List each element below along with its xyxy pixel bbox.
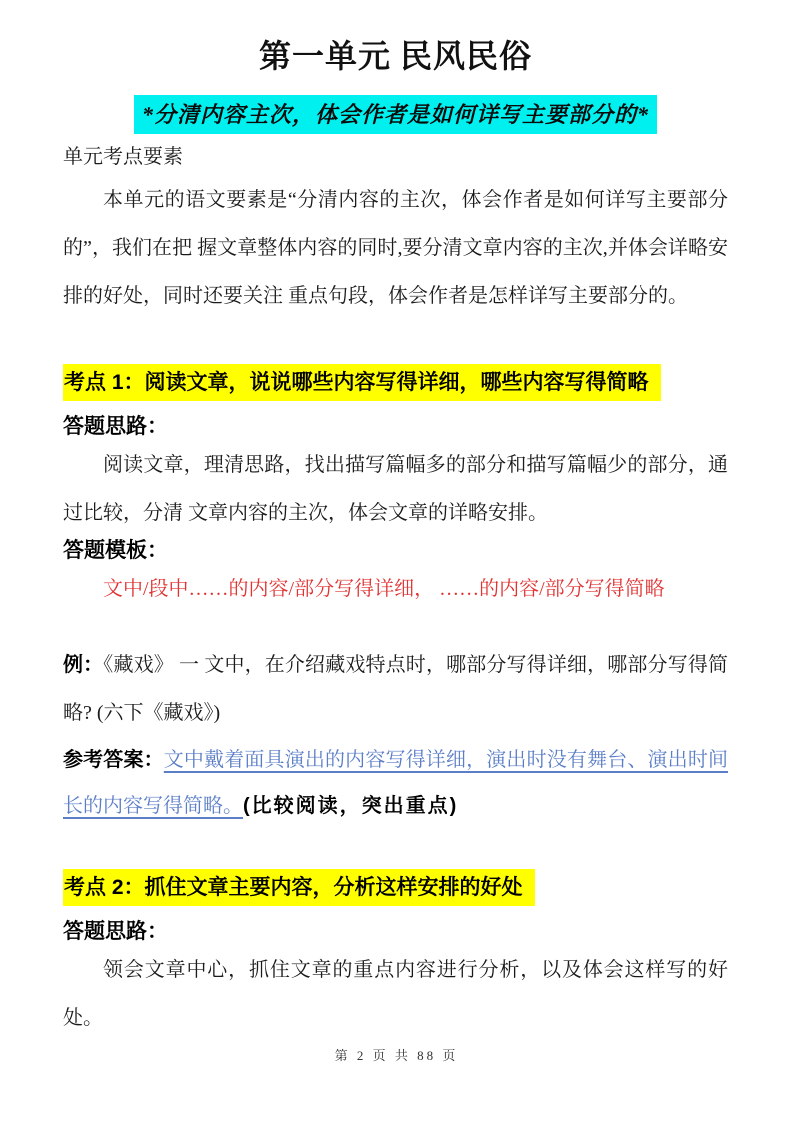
page-title: 第一单元 民风民俗 [63,36,728,76]
page-number-footer: 第 2 页 共 88 页 [0,1045,793,1064]
example-paragraph: 例：《藏戏》 一 文中，在介绍藏戏特点时，哪部分写得详细，哪部分写得简略? (六… [63,641,728,737]
kaodian1-heading-row: 考点 1：阅读文章，说说哪些内容写得详细，哪些内容写得简略 [63,364,728,401]
kaodian1-template-label: 答题模板： [63,537,728,565]
intro-paragraph: 本单元的语文要素是“分清内容的主次，体会作者是如何详写主要部分的”，我们在把 握… [63,176,728,320]
kaodian2-think-label: 答题思路： [63,918,728,946]
kaodian2-heading-row: 考点 2：抓住文章主要内容，分析这样安排的好处 [63,869,728,906]
section-heading: 单元考点要素 [63,144,728,170]
answer-label: 参考答案： [63,749,164,771]
document-page: 第一单元 民风民俗 *分清内容主次，体会作者是如何详写主要部分的* 单元考点要素… [0,0,793,1122]
subtitle-row: *分清内容主次，体会作者是如何详写主要部分的* [63,95,728,134]
kaodian1-think-text: 阅读文章，理清思路，找出描写篇幅多的部分和描写篇幅少的部分，通过比较，分清 文章… [63,441,728,537]
answer-paragraph: 参考答案：文中戴着面具演出的内容写得详细，演出时没有舞台、演出时间长的内容写得简… [63,737,728,829]
document-content: 第一单元 民风民俗 *分清内容主次，体会作者是如何详写主要部分的* 单元考点要素… [0,0,793,1042]
subtitle-highlight: *分清内容主次，体会作者是如何详写主要部分的* [134,95,657,134]
kaodian2-heading: 考点 2：抓住文章主要内容，分析这样安排的好处 [63,869,535,906]
kaodian1-heading: 考点 1：阅读文章，说说哪些内容写得详细，哪些内容写得简略 [63,364,661,401]
kaodian1-think-label: 答题思路： [63,413,728,441]
kaodian1-template-text: 文中/段中……的内容/部分写得详细， ……的内容/部分写得简略 [63,565,728,613]
example-label: 例： [63,654,103,676]
example-text: 《藏戏》 一 文中，在介绍藏戏特点时，哪部分写得详细，哪部分写得简略? (六下《… [63,654,728,724]
kaodian2-think-text: 领会文章中心，抓住文章的重点内容进行分析，以及体会这样写的好处。 [63,946,728,1042]
answer-note: (比较阅读，突出重点) [243,795,458,817]
